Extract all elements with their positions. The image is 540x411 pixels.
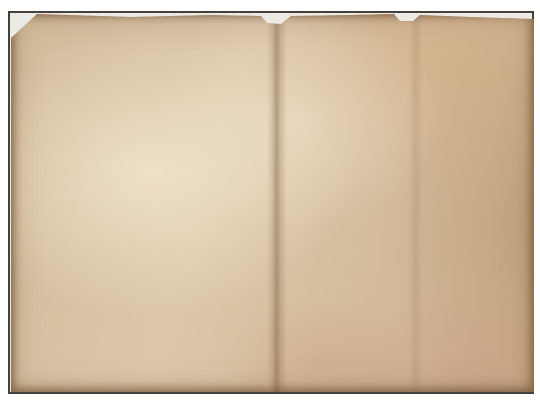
photo-frame [8, 11, 534, 394]
handwriting-layer [11, 14, 534, 392]
listing-photo [0, 0, 540, 411]
manuscript-paper [11, 14, 534, 392]
